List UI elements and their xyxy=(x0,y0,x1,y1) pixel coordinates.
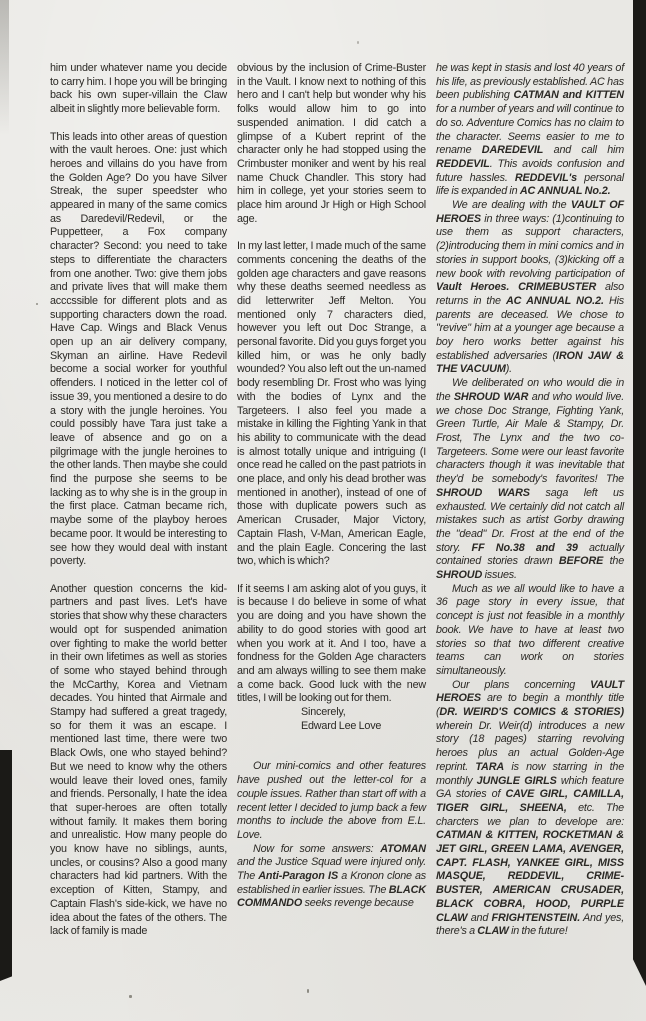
paragraph: Much as we all would like to have a 36 p… xyxy=(436,583,624,679)
scan-speck xyxy=(357,41,359,44)
text-run: and call him xyxy=(543,144,624,156)
text-run: Much as we all would like to have a 36 p… xyxy=(436,583,624,677)
page-edge-shadow xyxy=(0,0,9,135)
text-run: Our plans concerning xyxy=(452,679,590,691)
column-3: he was kept in stasis and lost 40 years … xyxy=(436,62,624,939)
text-run: In my last letter, I made much of the sa… xyxy=(237,240,426,567)
emphasized-name: AC ANNUAL NO.2. xyxy=(506,295,604,307)
emphasized-name: CATMAN and KITTEN xyxy=(513,89,624,101)
emphasized-name: CRIMEBUSTER xyxy=(518,281,596,293)
emphasized-name: CATMAN & KITTEN, ROCKETMAN & JET GIRL, G… xyxy=(436,829,624,923)
text-run: We are dealing with the xyxy=(452,199,571,211)
column-1: him under whatever name you decide to ca… xyxy=(50,62,227,939)
text-run: Sincerely, xyxy=(301,706,346,718)
paragraph: Another question concerns the kid-partne… xyxy=(50,583,227,939)
emphasized-name: TARA xyxy=(475,761,504,773)
paragraph: This leads into other areas of question … xyxy=(50,131,227,570)
text-run: Our mini-comics and other features have … xyxy=(237,760,426,841)
paragraph: he was kept in stasis and lost 40 years … xyxy=(436,62,624,199)
text-columns: him under whatever name you decide to ca… xyxy=(50,62,624,939)
emphasized-name: AC ANNUAL No.2. xyxy=(520,185,611,197)
paragraph: Our mini-comics and other features have … xyxy=(237,760,426,842)
text-run: ). xyxy=(506,363,512,375)
paragraph: Edward Lee Love xyxy=(237,720,426,734)
text-run: and who would live. we chose Doc Strange… xyxy=(436,391,624,485)
text-run: and xyxy=(467,912,491,924)
left-page-edge-bar xyxy=(0,750,12,981)
emphasized-name: ATOMAN xyxy=(380,843,426,855)
emphasized-name: SHROUD WARS xyxy=(436,487,530,499)
text-run xyxy=(509,281,518,293)
text-run: seeks revenge because xyxy=(302,897,413,909)
text-run: If it seems I am asking alot of you guys… xyxy=(237,583,426,705)
text-run: issues. xyxy=(482,569,517,581)
paragraph: We deliberated on who would die in the S… xyxy=(436,377,624,583)
scan-speck xyxy=(36,303,38,305)
paragraph: Now for some answers: ATOMAN and the Jus… xyxy=(237,843,426,912)
emphasized-name: BEFORE xyxy=(559,555,603,567)
text-run: in the future! xyxy=(509,925,568,937)
scan-speck xyxy=(307,989,309,993)
right-page-edge-bar xyxy=(633,0,646,986)
emphasized-name: SHROUD WAR xyxy=(454,391,529,403)
emphasized-name: FRIGHTENSTEIN. xyxy=(492,912,581,924)
paragraph: obvious by the inclusion of Crime-Buster… xyxy=(237,62,426,226)
text-run: Edward Lee Love xyxy=(301,720,381,732)
emphasized-name: Vault Heroes. xyxy=(436,281,509,293)
text-run: obvious by the inclusion of Crime-Buster… xyxy=(237,62,426,225)
emphasized-name: FF No.38 and 39 xyxy=(472,542,578,554)
paragraph: Sincerely, xyxy=(237,706,426,720)
emphasized-name: JUNGLE GIRLS xyxy=(477,775,557,787)
emphasized-name: CLAW xyxy=(477,925,508,937)
emphasized-name: REDDEVIL xyxy=(436,158,490,170)
emphasized-name: REDDEVIL's xyxy=(515,172,577,184)
text-run: This leads into other areas of question … xyxy=(50,131,227,568)
emphasized-name: SHROUD xyxy=(436,569,482,581)
emphasized-name: Anti-Paragon IS xyxy=(258,870,338,882)
paragraph: In my last letter, I made much of the sa… xyxy=(237,240,426,569)
paragraph: We are dealing with the VAULT OF HEROES … xyxy=(436,199,624,377)
text-run: him under whatever name you decide to ca… xyxy=(50,62,227,115)
paragraph: If it seems I am asking alot of you guys… xyxy=(237,583,426,706)
emphasized-name: DR. WEIRD'S COMICS & STORIES) xyxy=(439,706,624,718)
paragraph: him under whatever name you decide to ca… xyxy=(50,62,227,117)
column-2: obvious by the inclusion of Crime-Buster… xyxy=(237,62,426,911)
emphasized-name: DAREDEVIL xyxy=(482,144,544,156)
text-run: Another question concerns the kid-partne… xyxy=(50,583,227,938)
text-run: the xyxy=(603,555,624,567)
text-run: Now for some answers: xyxy=(253,843,380,855)
paragraph: Our plans concerning VAULT HEROES are to… xyxy=(436,679,624,939)
scanned-letters-page: him under whatever name you decide to ca… xyxy=(0,0,646,1021)
scan-speck xyxy=(129,995,132,998)
